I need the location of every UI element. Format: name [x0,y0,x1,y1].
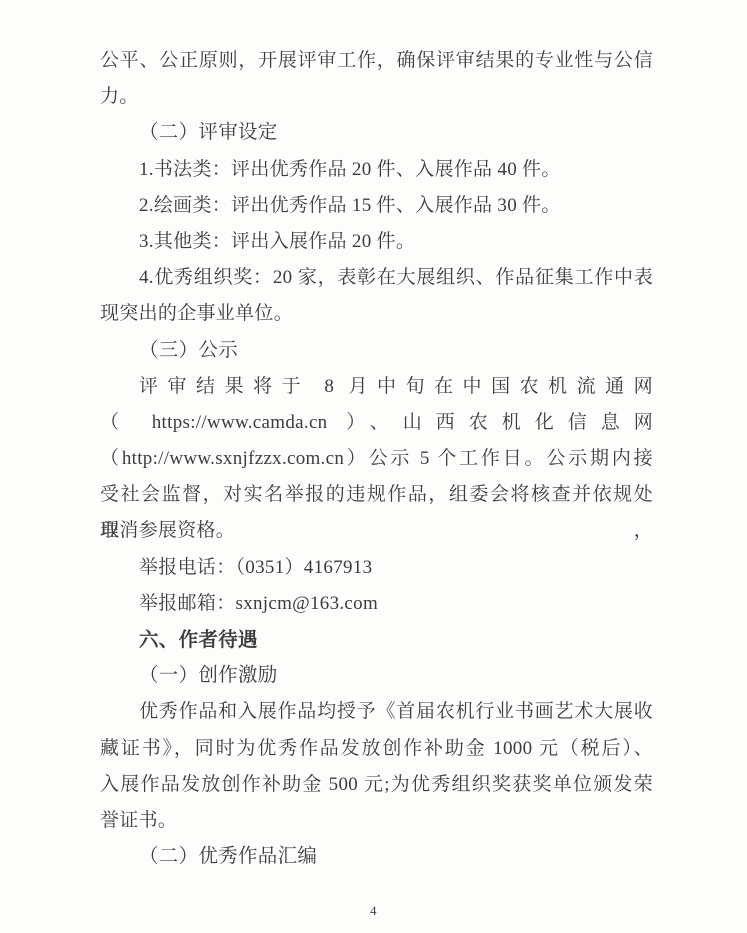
paragraph-review-principle-line: 公平、公正原则，开展评审工作，确保评审结果的专业性与公信 [100,43,653,79]
list-item-other: 3.其他类：评出入展作品 20 件。 [100,224,653,260]
scanned-document-page: 公平、公正原则，开展评审工作，确保评审结果的专业性与公信力。（二）评审设定1.书… [0,0,747,933]
list-item-calligraphy: 1.书法类：评出优秀作品 20 件、入展作品 40 件。 [100,152,653,188]
paragraph-incentive-line: 藏证书》，同时为优秀作品发放创作补助金 1000 元（税后）、 [100,731,653,767]
paragraph-incentive-line: 入展作品发放创作补助金 500 元;为优秀组织奖获奖单位颁发荣 [100,767,653,803]
report-phone-line: 举报电话：（0351）4167913 [100,550,653,586]
list-item-organization-award: 4.优秀组织奖：20 家，表彰在大展组织、作品征集工作中表 [100,260,653,296]
heading-author-treatment: 六、作者待遇 [100,622,653,658]
subheading-creation-incentive: （一）创作激励 [100,658,653,694]
subheading-works-compilation: （二）优秀作品汇编 [100,839,653,875]
subheading-publicity: （三）公示 [100,333,653,369]
paragraph-publicity-line: 评审结果将于 8 月中旬在中国农机流通网 [100,369,653,405]
paragraph-publicity-line: 受社会监督，对实名举报的违规作品，组委会将核查并依规处理， [100,477,653,513]
paragraph-incentive-line: 誉证书。 [100,803,653,839]
list-item-painting: 2.绘画类：评出优秀作品 15 件、入展作品 30 件。 [100,188,653,224]
report-email-line: 举报邮箱：sxnjcm@163.com [100,586,653,622]
document-lines: 公平、公正原则，开展评审工作，确保评审结果的专业性与公信力。（二）评审设定1.书… [100,43,653,875]
list-item-organization-award: 现突出的企事业单位。 [100,296,653,332]
subheading-review-settings: （二）评审设定 [100,115,653,151]
paragraph-incentive-line: 优秀作品和入展作品均授予《首届农机行业书画艺术大展收 [100,694,653,730]
paragraph-review-principle-line: 力。 [100,79,653,115]
page-number: 4 [0,903,747,919]
paragraph-publicity-line: （ https://www.camda.cn ）、山西农机化信息网 [100,405,653,441]
paragraph-publicity-line: （http://www.sxnjfzzx.com.cn）公示 5 个工作日。公示… [100,441,653,477]
